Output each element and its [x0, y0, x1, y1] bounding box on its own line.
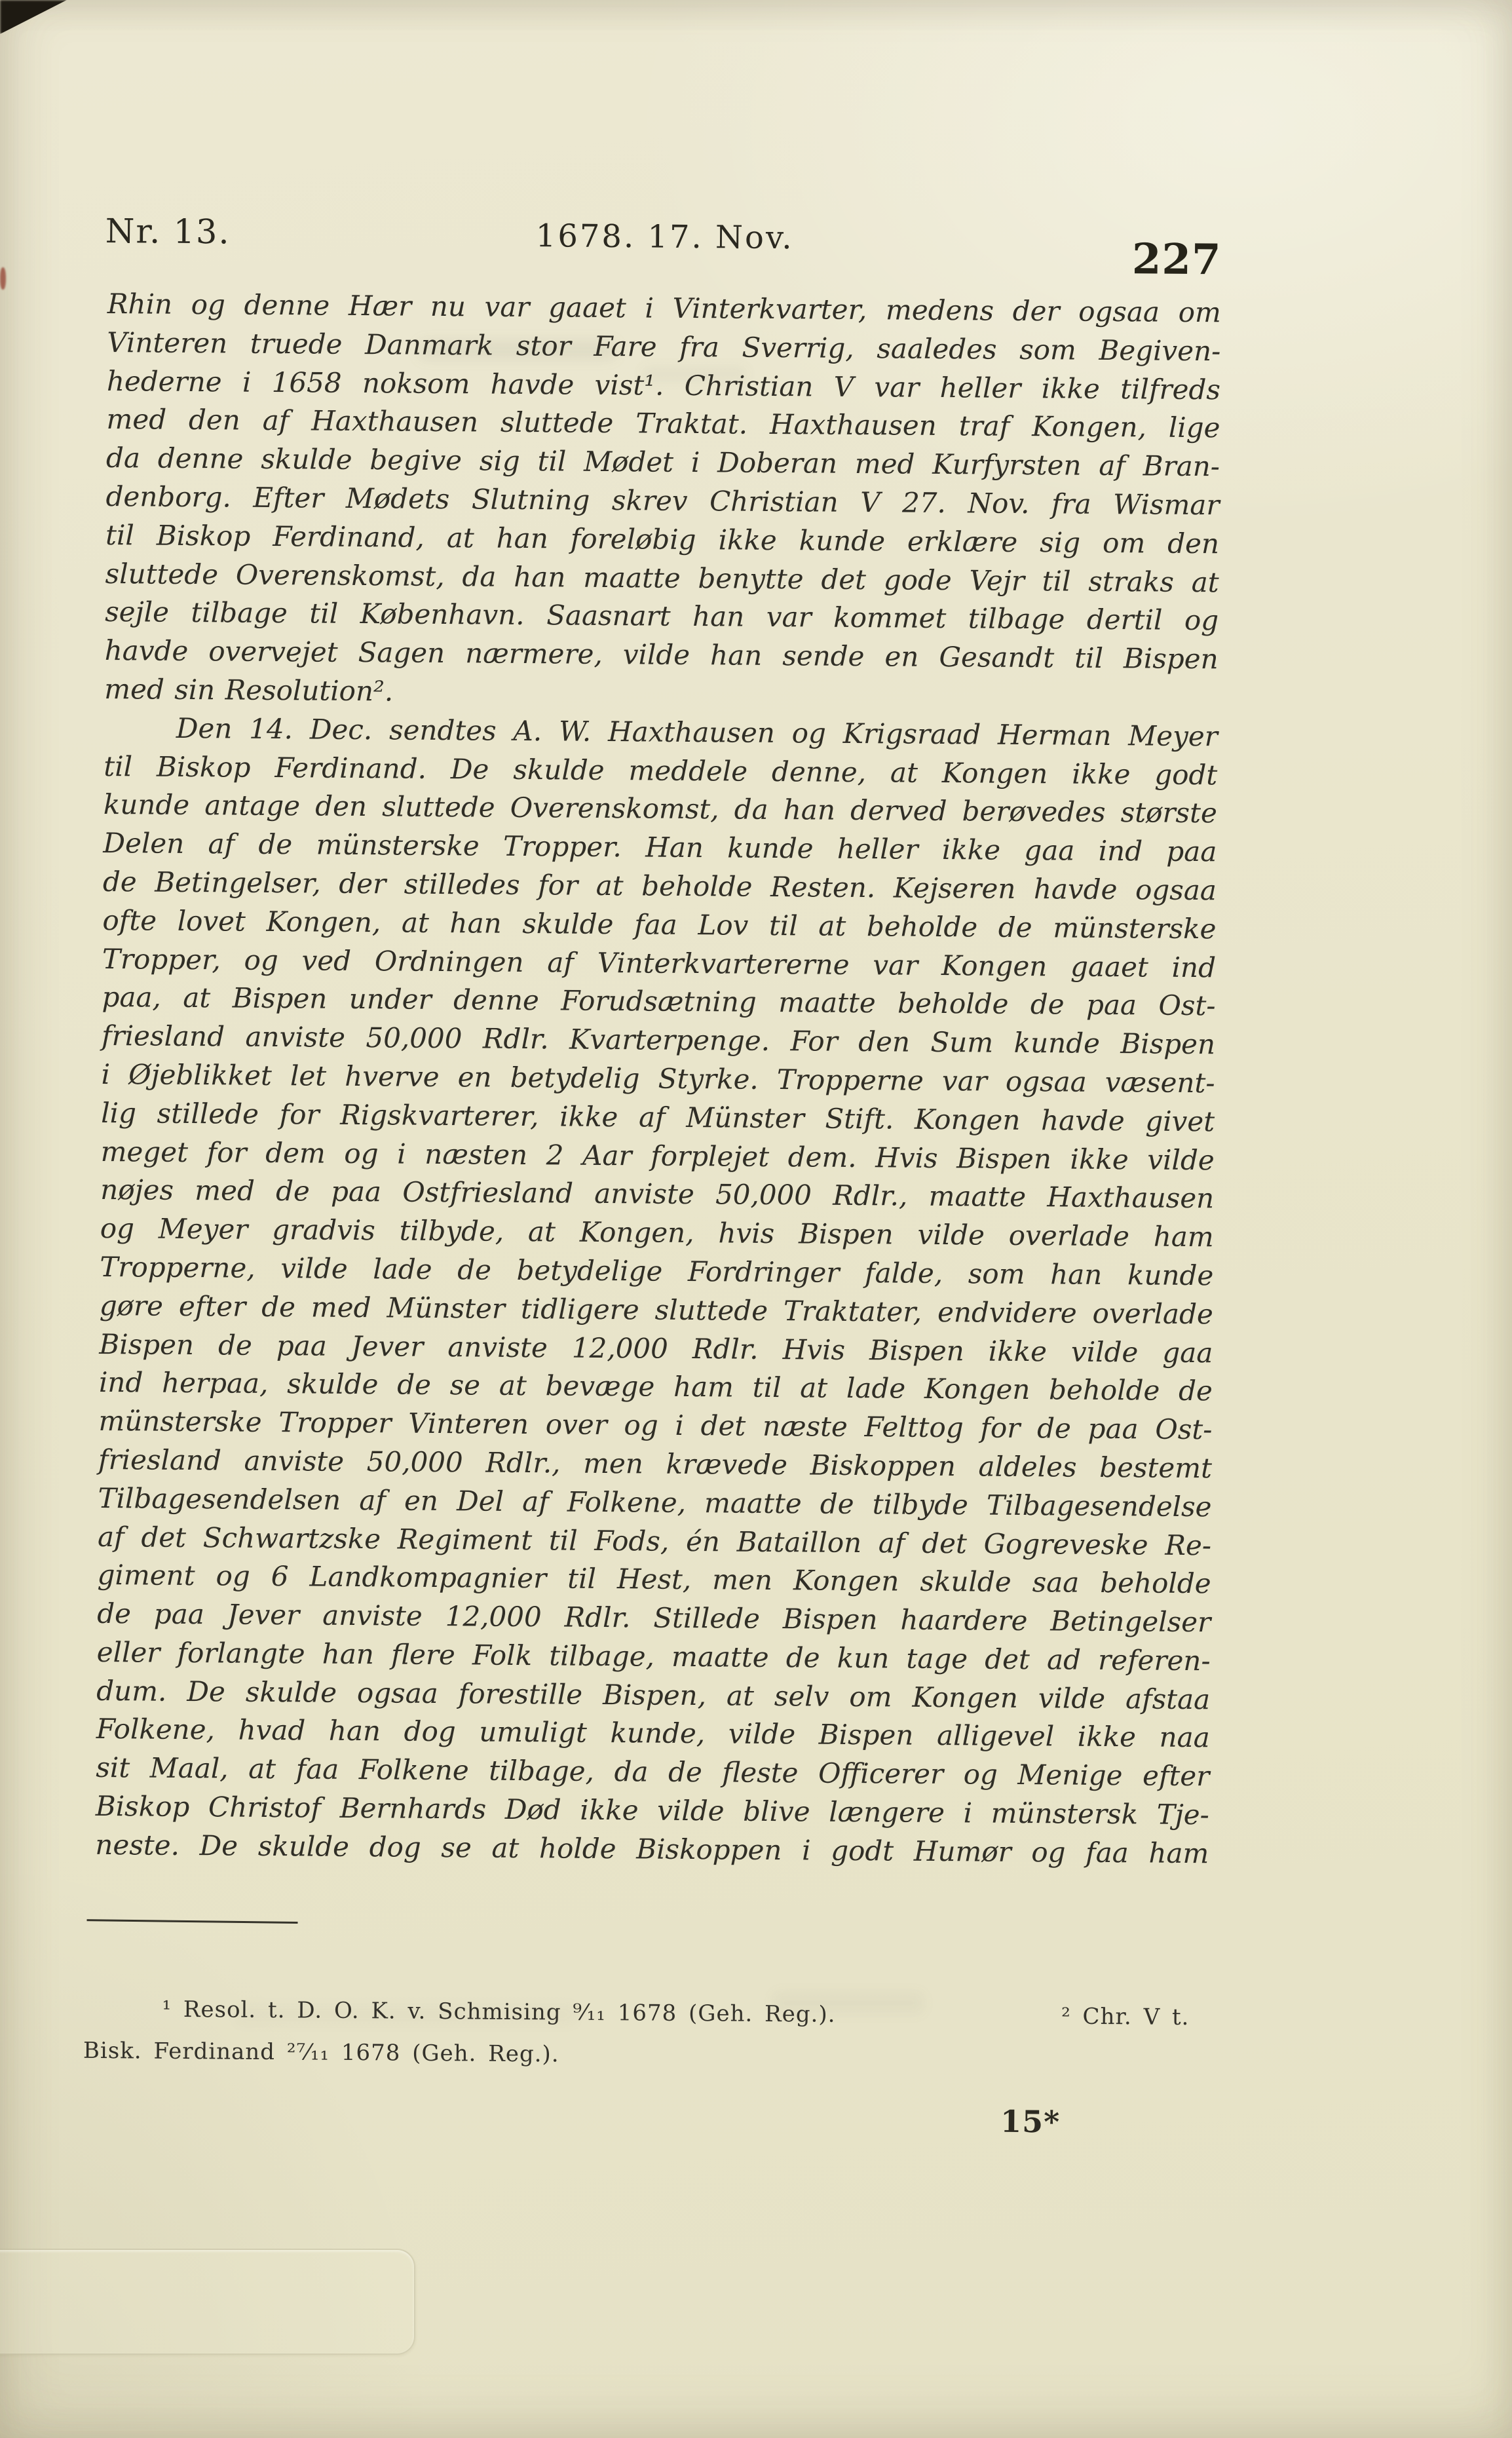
- date-heading: 1678. 17. Nov.: [108, 214, 1222, 259]
- book-page: Nr. 13. 1678. 17. Nov. 227 Rhin og denne…: [0, 0, 1512, 2438]
- footnote-line-1: ¹ Resol. t. D. O. K. v. Schmising ⁹⁄₁₁ 1…: [94, 1994, 1207, 2032]
- body-text: Rhin og denne Hær nu var gaaet i Vinterk…: [95, 285, 1221, 1873]
- paragraph: Rhin og denne Hær nu var gaaet i Vinterk…: [104, 285, 1221, 717]
- paragraph: Den 14. Dec. sendtes A. W. Haxthausen og…: [95, 709, 1218, 1873]
- footnote-rule: [86, 1919, 297, 1924]
- footnote-2-text-start: ² Chr. V t.: [1061, 2002, 1190, 2032]
- text-line: neste. De skulde dog se at holde Biskopp…: [95, 1826, 1209, 1873]
- footnote-2-text-continuation: Bisk. Ferdinand ²⁷⁄₁₁ 1678 (Geh. Reg.).: [83, 2036, 559, 2069]
- scan-corner-artifact: [0, 0, 67, 34]
- page-content: Nr. 13. 1678. 17. Nov. 227 Rhin og denne…: [92, 211, 1222, 2251]
- footnote-1-text: ¹ Resol. t. D. O. K. v. Schmising ⁹⁄₁₁ 1…: [162, 1996, 835, 2028]
- signature-mark: 15*: [1000, 2104, 1060, 2140]
- margin-ink-speck: [0, 267, 6, 290]
- page-header: Nr. 13. 1678. 17. Nov. 227: [107, 211, 1222, 272]
- page-number: 227: [1132, 235, 1222, 284]
- paper-emboss-mark: [0, 2249, 415, 2355]
